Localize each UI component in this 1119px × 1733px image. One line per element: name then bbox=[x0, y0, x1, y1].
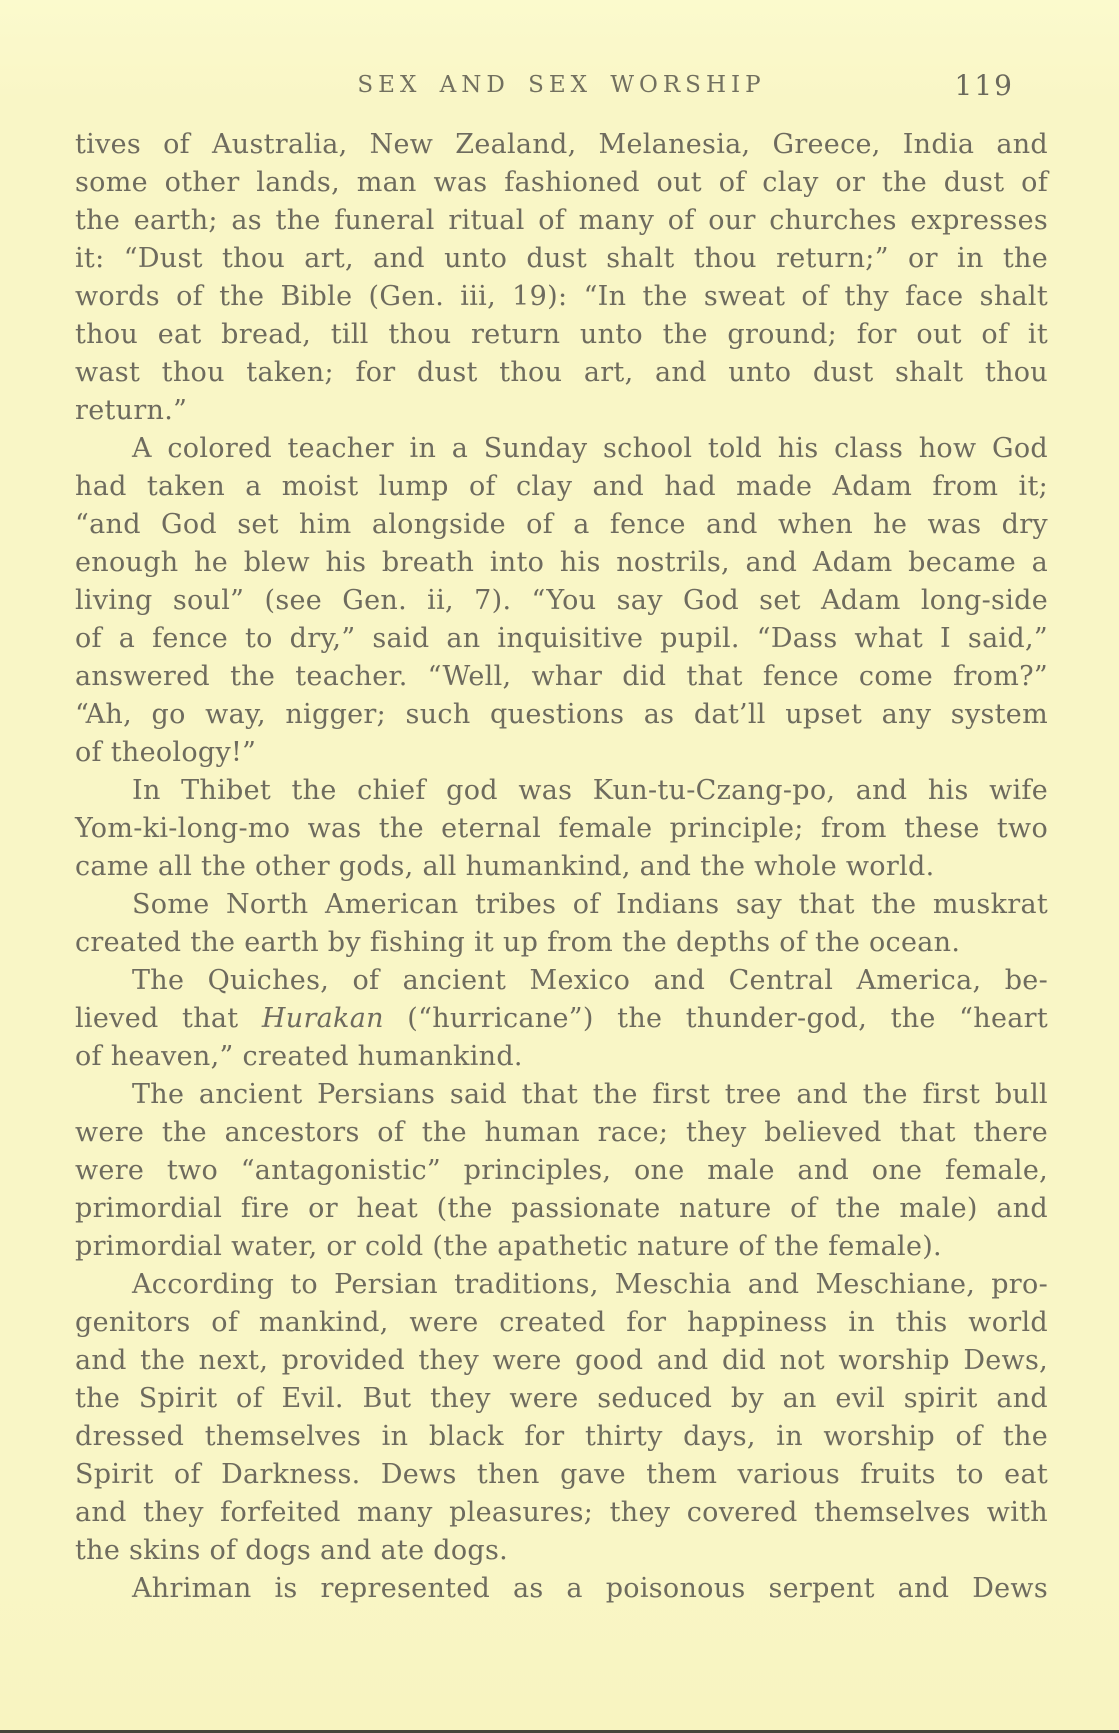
text-line: enough he blew his breath into his nostr… bbox=[75, 544, 1048, 582]
text-line: In Thibet the chief god was Kun-tu-Czang… bbox=[75, 772, 1048, 810]
text-line: and the next, provided they were good an… bbox=[75, 1342, 1048, 1380]
text-line: lieved that Hurakan (“hurricane”) the th… bbox=[75, 1000, 1048, 1038]
text-line: of heaven,” created humankind. bbox=[75, 1038, 1048, 1076]
text-line: “and God set him alongside of a fence an… bbox=[75, 506, 1048, 544]
text-line: According to Persian traditions, Meschia… bbox=[75, 1266, 1048, 1304]
text-line: the earth; as the funeral ritual of many… bbox=[75, 202, 1048, 240]
text-line: Spirit of Darkness. Dews then gave them … bbox=[75, 1456, 1048, 1494]
text-line: were two “antagonistic” principles, one … bbox=[75, 1152, 1048, 1190]
text-line: “Ah, go way, nigger; such questions as d… bbox=[75, 696, 1048, 734]
text-line: some other lands, man was fashioned out … bbox=[75, 164, 1048, 202]
text-line: Ahriman is represented as a poisonous se… bbox=[75, 1570, 1048, 1608]
text-line: genitors of mankind, were created for ha… bbox=[75, 1304, 1048, 1342]
text-line: tives of Australia, New Zealand, Melanes… bbox=[75, 126, 1048, 164]
text-line: and they forfeited many pleasures; they … bbox=[75, 1494, 1048, 1532]
text-line: primordial fire or heat (the passionate … bbox=[75, 1190, 1048, 1228]
text-line: dressed themselves in black for thirty d… bbox=[75, 1418, 1048, 1456]
text-line: thou eat bread, till thou return unto th… bbox=[75, 316, 1048, 354]
running-header: SEX AND SEX WORSHIP 119 bbox=[75, 72, 1048, 104]
text-line: The Quiches, of ancient Mexico and Centr… bbox=[75, 962, 1048, 1000]
text-line: return.” bbox=[75, 392, 1048, 430]
text-line: The ancient Persians said that the first… bbox=[75, 1076, 1048, 1114]
text-line: created the earth by fishing it up from … bbox=[75, 924, 1048, 962]
text-line: of a fence to dry,” said an inquisitive … bbox=[75, 620, 1048, 658]
text-line: words of the Bible (Gen. iii, 19): “In t… bbox=[75, 278, 1048, 316]
text-line: the skins of dogs and ate dogs. bbox=[75, 1532, 1048, 1570]
text-line: it: “Dust thou art, and unto dust shalt … bbox=[75, 240, 1048, 278]
text-line: the Spirit of Evil. But they were seduce… bbox=[75, 1380, 1048, 1418]
text-line: had taken a moist lump of clay and had m… bbox=[75, 468, 1048, 506]
book-page-scan: SEX AND SEX WORSHIP 119 tives of Austral… bbox=[0, 0, 1119, 1733]
text-line: primordial water, or cold (the apathetic… bbox=[75, 1228, 1048, 1266]
page-number: 119 bbox=[955, 69, 1014, 102]
text-line: A colored teacher in a Sunday school tol… bbox=[75, 430, 1048, 468]
body-text-block: tives of Australia, New Zealand, Melanes… bbox=[75, 126, 1048, 1608]
text-line: Yom-ki-long-mo was the eternal female pr… bbox=[75, 810, 1048, 848]
text-line: Some North American tribes of Indians sa… bbox=[75, 886, 1048, 924]
text-line: living soul” (see Gen. ii, 7). “You say … bbox=[75, 582, 1048, 620]
text-line: answered the teacher. “Well, whar did th… bbox=[75, 658, 1048, 696]
text-line: of theology!” bbox=[75, 734, 1048, 772]
text-line: were the ancestors of the human race; th… bbox=[75, 1114, 1048, 1152]
text-line: came all the other gods, all humankind, … bbox=[75, 848, 1048, 886]
running-title: SEX AND SEX WORSHIP bbox=[75, 72, 1048, 98]
text-line: wast thou taken; for dust thou art, and … bbox=[75, 354, 1048, 392]
